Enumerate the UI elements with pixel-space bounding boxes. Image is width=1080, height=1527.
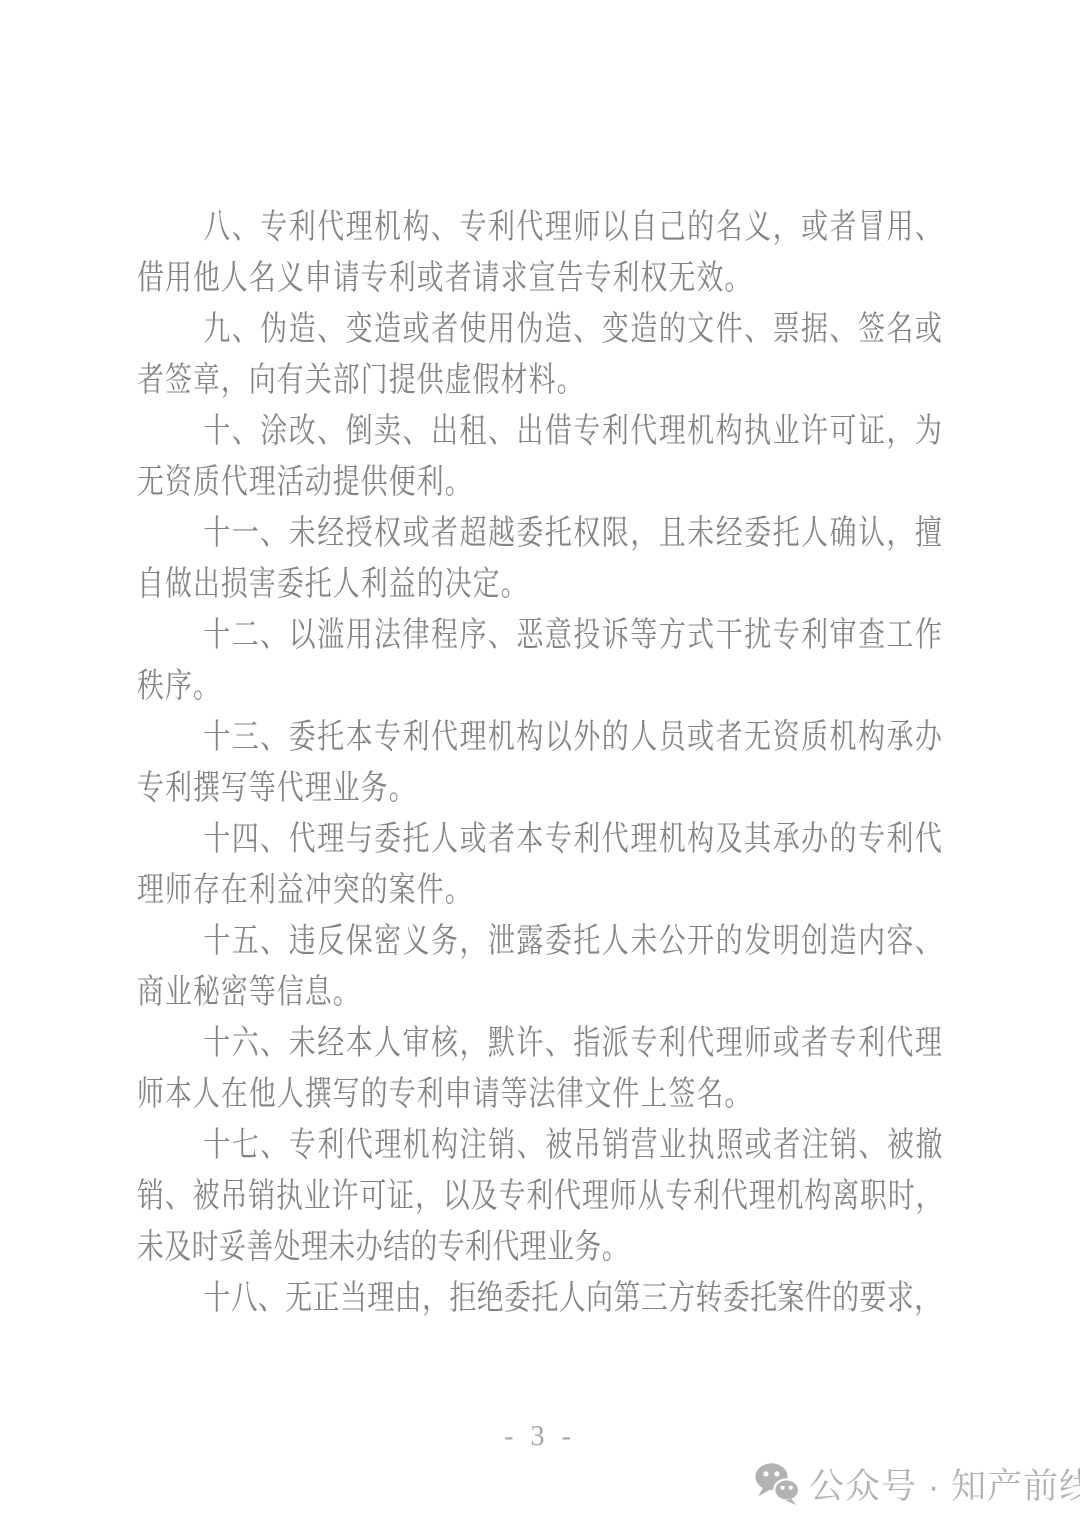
wechat-icon	[754, 1462, 800, 1506]
paragraph: 十四、代理与委托人或者本专利代理机构及其承办的专利代理师存在利益冲突的案件。	[137, 814, 943, 916]
paragraph: 十一、未经授权或者超越委托权限，且未经委托人确认，擅自做出损害委托人利益的决定。	[137, 508, 943, 610]
paragraph: 十、涂改、倒卖、出租、出借专利代理机构执业许可证，为无资质代理活动提供便利。	[137, 406, 943, 508]
document-page: 八、专利代理机构、专利代理师以自己的名义，或者冒用、借用他人名义申请专利或者请求…	[0, 0, 1080, 1527]
paragraph: 十六、未经本人审核，默许、指派专利代理师或者专利代理师本人在他人撰写的专利申请等…	[137, 1018, 943, 1120]
paragraph: 十五、违反保密义务，泄露委托人未公开的发明创造内容、商业秘密等信息。	[137, 916, 943, 1018]
page-number: - 3 -	[0, 1421, 1080, 1453]
paragraph: 九、伪造、变造或者使用伪造、变造的文件、票据、签名或者签章，向有关部门提供虚假材…	[137, 304, 943, 406]
paragraph: 十八、无正当理由，拒绝委托人向第三方转委托案件的要求，	[137, 1273, 943, 1324]
watermark: 公众号 · 知产前线	[754, 1459, 1080, 1509]
paragraph: 十七、专利代理机构注销、被吊销营业执照或者注销、被撤销、被吊销执业许可证，以及专…	[137, 1120, 943, 1273]
document-body: 八、专利代理机构、专利代理师以自己的名义，或者冒用、借用他人名义申请专利或者请求…	[137, 202, 943, 1324]
paragraph: 十三、委托本专利代理机构以外的人员或者无资质机构承办专利撰写等代理业务。	[137, 712, 943, 814]
watermark-label: 公众号 · 知产前线	[809, 1459, 1080, 1509]
paragraph: 八、专利代理机构、专利代理师以自己的名义，或者冒用、借用他人名义申请专利或者请求…	[137, 202, 943, 304]
paragraph: 十二、以滥用法律程序、恶意投诉等方式干扰专利审查工作秩序。	[137, 610, 943, 712]
